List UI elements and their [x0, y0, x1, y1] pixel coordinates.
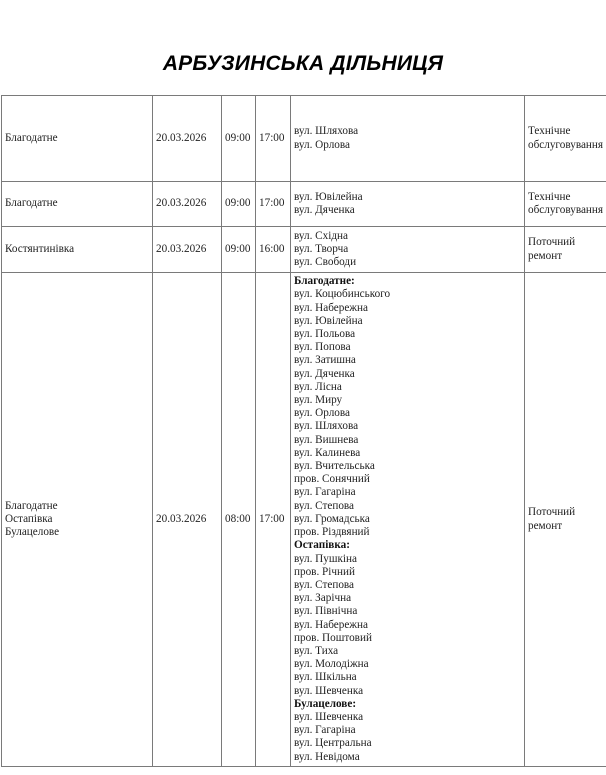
street-item: вул. Ювілейна: [294, 315, 521, 328]
cell-line: ремонт: [528, 250, 606, 263]
street-item: вул. Тиха: [294, 645, 521, 658]
streets-cell: Благодатне:вул. Коцюбинськоговул. Набере…: [291, 273, 525, 767]
cell-line: Благодатне: [5, 132, 149, 145]
locality-cell: БлагодатнеОстапівкаБулацелове: [2, 273, 153, 767]
cell-line: Технічне: [528, 125, 606, 138]
start-time-cell: 08:00: [222, 273, 256, 767]
page-title: АРБУЗИНСЬКА ДІЛЬНИЦЯ: [0, 52, 606, 76]
end-time-cell: 17:00: [256, 182, 291, 227]
cell-line: Костянтинівка: [5, 243, 149, 256]
street-item: вул. Ювілейна: [294, 191, 521, 204]
street-item: вул. Пушкіна: [294, 553, 521, 566]
locality-cell: Благодатне: [2, 182, 153, 227]
street-item: вул. Гагаріна: [294, 724, 521, 737]
street-item: вул. Зарічна: [294, 592, 521, 605]
table-row: Благодатне 20.03.2026 09:00 17:00 вул. Ю…: [2, 182, 606, 227]
streets-cell: вул. Східнавул. Творчавул. Свободи: [291, 227, 525, 273]
locality-cell: Благодатне: [2, 96, 153, 182]
cell-line: обслуговування: [528, 204, 606, 217]
street-item: пров. Поштовий: [294, 632, 521, 645]
date-cell: 20.03.2026: [153, 227, 222, 273]
street-item: вул. Молодіжна: [294, 658, 521, 671]
cell-line: Благодатне: [5, 500, 149, 513]
street-item: вул. Шкільна: [294, 671, 521, 684]
end-time-cell: 16:00: [256, 227, 291, 273]
street-item: вул. Попова: [294, 341, 521, 354]
schedule-body: Благодатне 20.03.2026 09:00 17:00 вул. Ш…: [2, 96, 606, 767]
work-type-cell: Поточнийремонт: [525, 273, 606, 767]
cell-line: Благодатне: [5, 197, 149, 210]
streets-cell: вул. Шляховавул. Орлова: [291, 96, 525, 182]
street-item: вул. Центральна: [294, 737, 521, 750]
table-row: Благодатне 20.03.2026 09:00 17:00 вул. Ш…: [2, 96, 606, 182]
street-item: вул. Дяченка: [294, 204, 521, 217]
street-item: вул. Миру: [294, 394, 521, 407]
cell-line: Поточний: [528, 236, 606, 249]
end-time-cell: 17:00: [256, 96, 291, 182]
street-item: вул. Північна: [294, 605, 521, 618]
start-time-cell: 09:00: [222, 96, 256, 182]
street-item: вул. Вчительська: [294, 460, 521, 473]
street-item: вул. Шляхова: [294, 125, 521, 138]
street-item: вул. Невідома: [294, 751, 521, 764]
table-row: БлагодатнеОстапівкаБулацелове 20.03.2026…: [2, 273, 606, 767]
street-item: пров. Річний: [294, 566, 521, 579]
date-cell: 20.03.2026: [153, 273, 222, 767]
street-item: вул. Шляхова: [294, 420, 521, 433]
street-item: вул. Затишна: [294, 354, 521, 367]
date-cell: 20.03.2026: [153, 96, 222, 182]
locality-cell: Костянтинівка: [2, 227, 153, 273]
cell-line: Булацелове: [5, 526, 149, 539]
street-item: вул. Коцюбинського: [294, 288, 521, 301]
work-type-cell: Технічнеобслуговування: [525, 96, 606, 182]
street-item: вул. Гагаріна: [294, 486, 521, 499]
locality-group-heading: Благодатне:: [294, 275, 521, 288]
street-item: вул. Орлова: [294, 407, 521, 420]
street-item: вул. Шевченка: [294, 685, 521, 698]
cell-line: ремонт: [528, 520, 606, 533]
street-item: пров. Сонячний: [294, 473, 521, 486]
street-item: вул. Набережна: [294, 619, 521, 632]
street-item: вул. Вишнева: [294, 434, 521, 447]
outage-schedule-table: Благодатне 20.03.2026 09:00 17:00 вул. Ш…: [1, 95, 606, 767]
work-type-cell: Поточнийремонт: [525, 227, 606, 273]
street-item: вул. Степова: [294, 500, 521, 513]
street-item: вул. Набережна: [294, 302, 521, 315]
locality-group-heading: Остапівка:: [294, 539, 521, 552]
date-cell: 20.03.2026: [153, 182, 222, 227]
street-item: вул. Шевченка: [294, 711, 521, 724]
start-time-cell: 09:00: [222, 182, 256, 227]
cell-line: Технічне: [528, 191, 606, 204]
street-item: вул. Творча: [294, 243, 521, 256]
streets-cell: вул. Ювілейнавул. Дяченка: [291, 182, 525, 227]
street-item: вул. Дяченка: [294, 368, 521, 381]
street-item: пров. Різдвяний: [294, 526, 521, 539]
street-item: вул. Калинева: [294, 447, 521, 460]
cell-line: Поточний: [528, 506, 606, 519]
street-item: вул. Степова: [294, 579, 521, 592]
cell-line: Остапівка: [5, 513, 149, 526]
table-row: Костянтинівка 20.03.2026 09:00 16:00 вул…: [2, 227, 606, 273]
street-item: вул. Східна: [294, 230, 521, 243]
end-time-cell: 17:00: [256, 273, 291, 767]
street-item: вул. Польова: [294, 328, 521, 341]
cell-line: обслуговування: [528, 139, 606, 152]
start-time-cell: 09:00: [222, 227, 256, 273]
work-type-cell: Технічнеобслуговування: [525, 182, 606, 227]
locality-group-heading: Булацелове:: [294, 698, 521, 711]
street-item: вул. Свободи: [294, 256, 521, 269]
street-item: вул. Громадська: [294, 513, 521, 526]
street-item: вул. Орлова: [294, 139, 521, 152]
street-item: вул. Лісна: [294, 381, 521, 394]
